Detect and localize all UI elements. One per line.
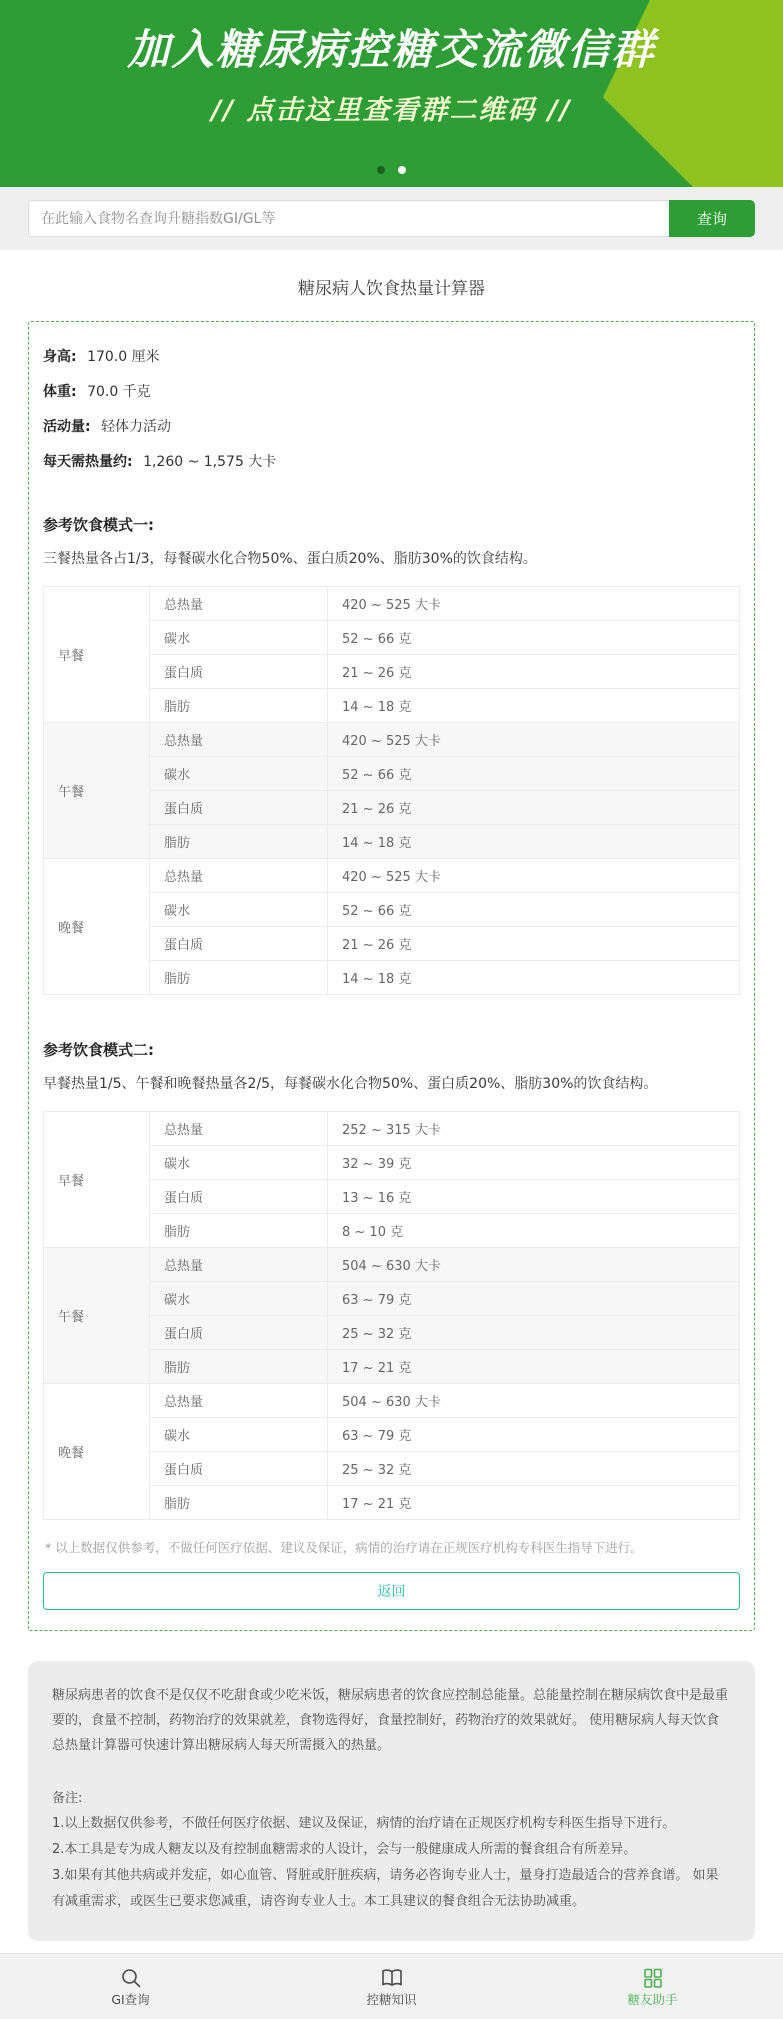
height-value: 170.0 厘米 — [87, 349, 160, 365]
daily-calories-line: 每天需热量约: 1,260 ~ 1,575 大卡 — [43, 445, 740, 480]
carousel-dot[interactable] — [377, 166, 385, 174]
table-row: 午餐 总热量 504 ~ 630 大卡 — [44, 1248, 740, 1282]
nav-label: GI查询 — [111, 1993, 149, 2007]
nutrient-cell: 总热量 — [150, 1248, 328, 1282]
value-cell: 21 ~ 26 克 — [328, 655, 740, 689]
nutrient-cell: 总热量 — [150, 1112, 328, 1146]
note-item-3: 3.如果有其他共病或并发症，如心血管、肾脏或肝脏疾病，请务必咨询专业人士，量身打… — [52, 1863, 731, 1915]
value-cell: 14 ~ 18 克 — [328, 961, 740, 995]
info-box: 糖尿病患者的饮食不是仅仅不吃甜食或少吃米饭，糖尿病患者的饮食应控制总能量。总能量… — [28, 1661, 755, 1941]
weight-value: 70.0 千克 — [87, 384, 151, 400]
meal-cell-breakfast: 早餐 — [44, 1112, 150, 1248]
value-cell: 14 ~ 18 克 — [328, 689, 740, 723]
search-input[interactable] — [28, 200, 669, 237]
value-cell: 13 ~ 16 克 — [328, 1180, 740, 1214]
height-label: 身高: — [43, 349, 77, 365]
value-cell: 420 ~ 525 大卡 — [328, 587, 740, 621]
info-paragraph: 糖尿病患者的饮食不是仅仅不吃甜食或少吃米饭，糖尿病患者的饮食应控制总能量。总能量… — [52, 1683, 731, 1758]
nutrient-cell: 蛋白质 — [150, 1180, 328, 1214]
nutrient-cell: 脂肪 — [150, 1350, 328, 1384]
nutrient-cell: 碳水 — [150, 1418, 328, 1452]
search-bar: 查询 — [0, 187, 783, 250]
nutrient-cell: 蛋白质 — [150, 655, 328, 689]
nutrient-cell: 碳水 — [150, 621, 328, 655]
banner-title: 加入糖尿病控糖交流微信群 — [0, 26, 783, 74]
weight-line: 体重: 70.0 千克 — [43, 375, 740, 410]
search-button[interactable]: 查询 — [669, 200, 755, 237]
carousel-dots — [0, 159, 783, 178]
meal-cell-lunch: 午餐 — [44, 723, 150, 859]
meal-cell-dinner: 晚餐 — [44, 1384, 150, 1520]
value-cell: 32 ~ 39 克 — [328, 1146, 740, 1180]
nutrient-cell: 总热量 — [150, 587, 328, 621]
mode1-heading: 参考饮食模式一: — [43, 514, 740, 535]
nutrient-cell: 碳水 — [150, 893, 328, 927]
meal-cell-breakfast: 早餐 — [44, 587, 150, 723]
value-cell: 252 ~ 315 大卡 — [328, 1112, 740, 1146]
value-cell: 17 ~ 21 克 — [328, 1486, 740, 1520]
nutrient-cell: 碳水 — [150, 757, 328, 791]
value-cell: 420 ~ 525 大卡 — [328, 723, 740, 757]
activity-value: 轻体力活动 — [101, 419, 171, 435]
nutrient-cell: 总热量 — [150, 1384, 328, 1418]
nutrient-cell: 总热量 — [150, 859, 328, 893]
mode1-description: 三餐热量各占1/3，每餐碳水化合物50%、蛋白质20%、脂肪30%的饮食结构。 — [43, 547, 740, 572]
banner-subtitle: // 点击这里查看群二维码 // — [0, 88, 783, 127]
mode1-table: 早餐 总热量 420 ~ 525 大卡 碳水52 ~ 66 克 蛋白质21 ~ … — [43, 586, 740, 995]
nutrient-cell: 碳水 — [150, 1146, 328, 1180]
value-cell: 21 ~ 26 克 — [328, 927, 740, 961]
nutrient-cell: 脂肪 — [150, 689, 328, 723]
meal-cell-lunch: 午餐 — [44, 1248, 150, 1384]
nutrient-cell: 总热量 — [150, 723, 328, 757]
bottom-nav: GI查询 控糖知识 糖友助手 — [0, 1953, 783, 2019]
table-row: 晚餐 总热量 504 ~ 630 大卡 — [44, 1384, 740, 1418]
value-cell: 8 ~ 10 克 — [328, 1214, 740, 1248]
nav-label: 糖友助手 — [627, 1993, 677, 2007]
mode2-table: 早餐 总热量 252 ~ 315 大卡 碳水32 ~ 39 克 蛋白质13 ~ … — [43, 1111, 740, 1520]
value-cell: 52 ~ 66 克 — [328, 621, 740, 655]
nav-item-gi-search[interactable]: GI查询 — [0, 1966, 261, 2007]
value-cell: 52 ~ 66 克 — [328, 893, 740, 927]
nutrient-cell: 脂肪 — [150, 961, 328, 995]
nutrient-cell: 脂肪 — [150, 1214, 328, 1248]
value-cell: 21 ~ 26 克 — [328, 791, 740, 825]
value-cell: 25 ~ 32 克 — [328, 1452, 740, 1486]
nutrient-cell: 蛋白质 — [150, 791, 328, 825]
nutrient-cell: 脂肪 — [150, 825, 328, 859]
nutrient-cell: 脂肪 — [150, 1486, 328, 1520]
grid-icon — [641, 1966, 665, 1990]
activity-line: 活动量: 轻体力活动 — [43, 410, 740, 445]
table-row: 午餐 总热量 420 ~ 525 大卡 — [44, 723, 740, 757]
mode2-heading: 参考饮食模式二: — [43, 1039, 740, 1060]
height-line: 身高: 170.0 厘米 — [43, 340, 740, 375]
medical-disclaimer: * 以上数据仅供参考，不做任何医疗依据、建议及保证，病情的治疗请在正规医疗机构专… — [45, 1538, 738, 1556]
value-cell: 504 ~ 630 大卡 — [328, 1248, 740, 1282]
nutrient-cell: 蛋白质 — [150, 927, 328, 961]
nav-item-assistant[interactable]: 糖友助手 — [522, 1966, 783, 2007]
meal-cell-dinner: 晚餐 — [44, 859, 150, 995]
search-icon — [119, 1966, 143, 1990]
nav-item-knowledge[interactable]: 控糖知识 — [261, 1966, 522, 2007]
table-row: 晚餐 总热量 420 ~ 525 大卡 — [44, 859, 740, 893]
notes-title: 备注: — [52, 1786, 731, 1811]
table-row: 早餐 总热量 252 ~ 315 大卡 — [44, 1112, 740, 1146]
mode2-description: 早餐热量1/5、午餐和晚餐热量各2/5，每餐碳水化合物50%、蛋白质20%、脂肪… — [43, 1072, 740, 1097]
nav-label: 控糖知识 — [366, 1993, 416, 2007]
value-cell: 52 ~ 66 克 — [328, 757, 740, 791]
calculator-result-box: 身高: 170.0 厘米 体重: 70.0 千克 活动量: 轻体力活动 每天需热… — [28, 321, 755, 1631]
weight-label: 体重: — [43, 384, 77, 400]
value-cell: 63 ~ 79 克 — [328, 1418, 740, 1452]
nutrient-cell: 蛋白质 — [150, 1316, 328, 1350]
value-cell: 504 ~ 630 大卡 — [328, 1384, 740, 1418]
nutrient-cell: 蛋白质 — [150, 1452, 328, 1486]
note-item-2: 2.本工具是专为成人糖友以及有控制血糖需求的人设计，会与一般健康成人所需的餐食组… — [52, 1837, 731, 1863]
activity-label: 活动量: — [43, 419, 91, 435]
wechat-group-banner[interactable]: 加入糖尿病控糖交流微信群 // 点击这里查看群二维码 // — [0, 0, 783, 187]
value-cell: 420 ~ 525 大卡 — [328, 859, 740, 893]
back-button[interactable]: 返回 — [43, 1572, 740, 1610]
nutrient-cell: 碳水 — [150, 1282, 328, 1316]
table-row: 早餐 总热量 420 ~ 525 大卡 — [44, 587, 740, 621]
value-cell: 63 ~ 79 克 — [328, 1282, 740, 1316]
book-icon — [380, 1966, 404, 1990]
carousel-dot-active[interactable] — [398, 166, 406, 174]
value-cell: 25 ~ 32 克 — [328, 1316, 740, 1350]
note-item-1: 1.以上数据仅供参考，不做任何医疗依据、建议及保证，病情的治疗请在正规医疗机构专… — [52, 1811, 731, 1837]
value-cell: 17 ~ 21 克 — [328, 1350, 740, 1384]
daily-calories-label: 每天需热量约: — [43, 454, 133, 470]
page-title: 糖尿病人饮食热量计算器 — [0, 274, 783, 299]
daily-calories-value: 1,260 ~ 1,575 大卡 — [143, 454, 276, 470]
value-cell: 14 ~ 18 克 — [328, 825, 740, 859]
